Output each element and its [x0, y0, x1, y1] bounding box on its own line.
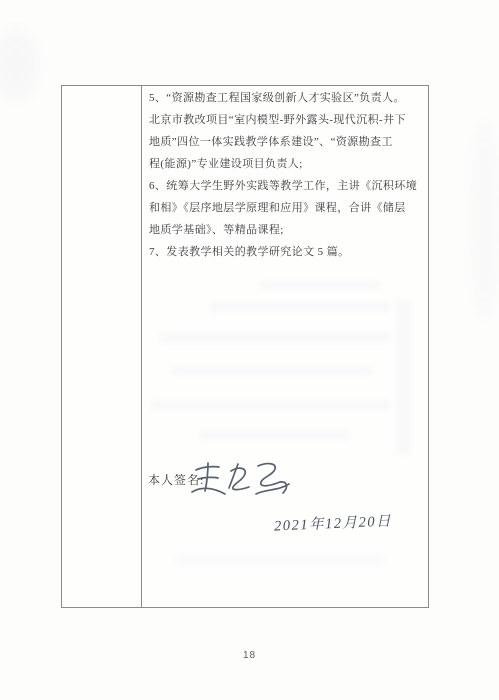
content-line: 7、发表教学相关的教学研究论文 5 篇。	[149, 241, 424, 263]
content-line: 程(能源)”专业建设项目负责人;	[149, 153, 424, 175]
handwritten-signature	[190, 454, 295, 504]
content-line: 6、统筹大学生野外实践等教学工作，主讲《沉积环境	[149, 175, 424, 197]
content-line: 5、“资源勘查工程国家级创新人才实验区”负责人。	[149, 87, 424, 109]
table-left-column	[62, 86, 142, 607]
scan-blotch	[0, 30, 38, 100]
content-line: 地质学基础》、等精品课程;	[149, 219, 424, 241]
content-line: 和相》《层序地层学原理和应用》课程，合讲《储层	[149, 197, 424, 219]
page-number: 18	[0, 650, 499, 661]
content-line: 地质”四位一体实践教学体系建设”、“资源勘查工	[149, 131, 424, 153]
scanned-document-page: 5、“资源勘查工程国家级创新人才实验区”负责人。 北京市教改项目“室内模型-野外…	[0, 0, 499, 700]
content-line: 北京市教改项目“室内模型-野外露头-现代沉积-井下	[149, 109, 424, 131]
scan-blotch	[470, 120, 499, 320]
